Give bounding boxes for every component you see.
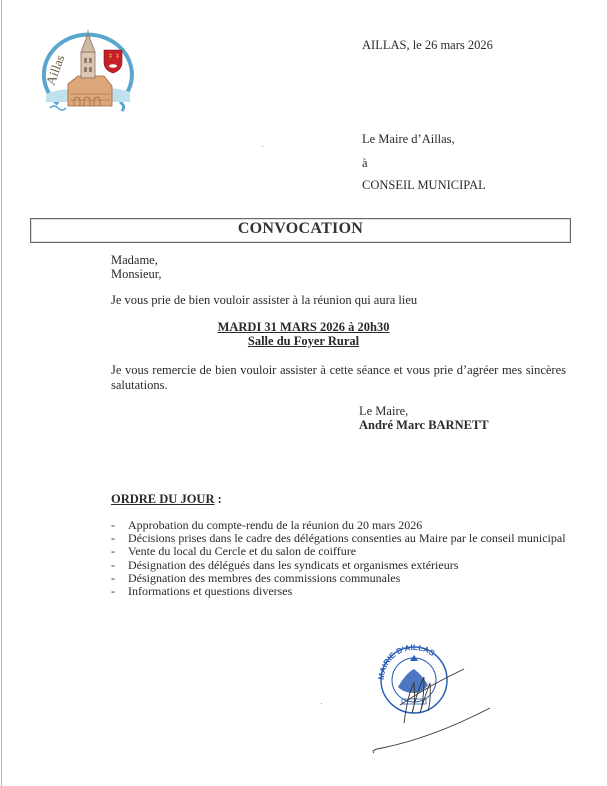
- salutation-monsieur: Monsieur,: [111, 267, 162, 282]
- sender: Le Maire d’Aillas,: [362, 132, 455, 147]
- salutation-madame: Madame,: [111, 253, 158, 268]
- document-title: CONVOCATION: [31, 220, 570, 238]
- agenda-item-text: Informations et questions diverses: [128, 584, 292, 598]
- agenda-item-text: Vente du local du Cercle et du salon de …: [128, 544, 356, 558]
- scan-speck: [321, 703, 322, 704]
- bullet-dash: -: [111, 559, 115, 572]
- closing-text: Je vous remercie de bien vouloir assiste…: [111, 363, 566, 393]
- agenda-item: -Informations et questions diverses: [111, 585, 566, 598]
- agenda-list: -Approbation du compte-rendu de la réuni…: [111, 519, 566, 598]
- agenda-item-text: Décisions prises dans le cadre des délég…: [128, 531, 566, 545]
- page-edge: [1, 0, 2, 786]
- signatory-name: André Marc BARNETT: [359, 418, 489, 433]
- place-date: AILLAS, le 26 mars 2026: [362, 38, 493, 53]
- agenda-title: ORDRE DU JOUR :: [111, 492, 222, 507]
- bullet-dash: -: [111, 545, 115, 558]
- agenda-title-suffix: :: [214, 492, 221, 506]
- signatory-role: Le Maire,: [359, 404, 408, 419]
- agenda-title-text: ORDRE DU JOUR: [111, 492, 214, 506]
- agenda-item-text: Désignation des délégués dans les syndic…: [128, 558, 458, 572]
- svg-text:‡: ‡: [116, 53, 119, 60]
- bullet-dash: -: [111, 585, 115, 598]
- aillas-village-logo-icon: ‡ ‡ Aillas: [36, 28, 136, 116]
- meeting-datetime: MARDI 31 MARS 2026 à 20h30: [0, 320, 607, 335]
- to-word: à: [362, 156, 368, 171]
- recipient: CONSEIL MUNICIPAL: [362, 178, 486, 193]
- agenda-item-text: Approbation du compte-rendu de la réunio…: [128, 518, 422, 532]
- handwritten-signature-icon: [373, 669, 490, 753]
- agenda-item-text: Désignation des membres des commissions …: [128, 571, 400, 585]
- scan-speck: [262, 146, 263, 147]
- town-hall-stamp-icon: MAIRIE D'AILLAS: [370, 635, 500, 755]
- intro-text: Je vous prie de bien vouloir assister à …: [111, 293, 417, 308]
- svg-text:‡: ‡: [109, 53, 112, 60]
- title-box: CONVOCATION: [30, 218, 571, 243]
- meeting-place: Salle du Foyer Rural: [0, 334, 607, 349]
